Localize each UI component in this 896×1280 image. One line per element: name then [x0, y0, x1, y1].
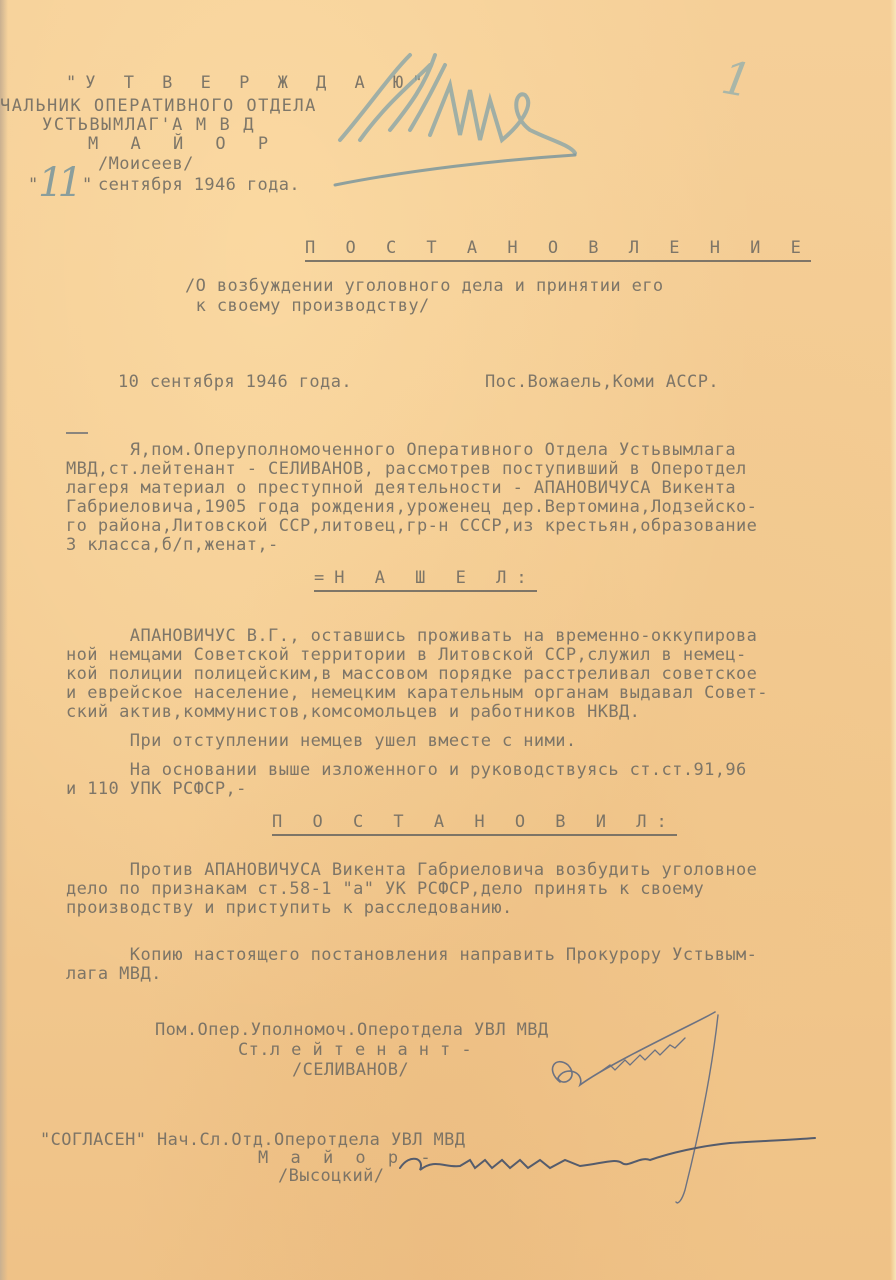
approval-position-line1: ЧАЛЬНИК ОПЕРАТИВНОГО ОТДЕЛА: [0, 96, 317, 116]
basis-line: и 110 УПК РСФСР,-: [66, 779, 247, 799]
document-subtitle-line2: к своему производству/: [185, 296, 430, 316]
copy-line: Копию настоящего постановления направить…: [66, 945, 757, 965]
document-date: 10 сентября 1946 года.: [118, 372, 352, 392]
postanovil-heading: П О С Т А Н О В И Л:: [272, 812, 677, 836]
intro-line: лагеря материал о преступной деятельност…: [66, 478, 736, 498]
margin-mark: [66, 432, 88, 434]
approval-date: сентября 1946 года.: [98, 175, 300, 195]
approval-day-handwritten: 11: [38, 160, 77, 206]
basis-line: На основании выше изложенного и руководс…: [66, 760, 747, 780]
nashel-heading: =Н А Ш Е Л:: [314, 568, 537, 592]
document-title: П О С Т А Н О В Л Е Н И Е: [305, 238, 811, 262]
resolution-line: Против АПАНОВИЧУСА Викента Габриеловича …: [66, 860, 757, 880]
findings-line: кой полиции полицейским,в массовом поряд…: [66, 664, 757, 684]
intro-line: го района,Литовской ССР,литовец,гр-н ССС…: [66, 516, 757, 536]
signer-name: /СЕЛИВАНОВ/: [292, 1060, 409, 1080]
findings-line: и еврейское население, немецким каратель…: [66, 683, 768, 703]
findings-line: АПАНОВИЧУС В.Г., оставшись проживать на …: [66, 626, 757, 646]
agreed-signature: [400, 1138, 820, 1198]
signer-position: Пом.Опер.Уполномоч.Оперотдела УВЛ МВД: [155, 1020, 549, 1040]
page-left-edge: [0, 0, 8, 1280]
resolution-line: дело по признакам ст.58-1 "а" УК РСФСР,д…: [66, 879, 704, 899]
approval-day-close-quote: ": [82, 175, 93, 195]
intro-line: МВД,ст.лейтенант - СЕЛИВАНОВ, рассмотрев…: [66, 459, 747, 479]
findings-line: ной немцами Советской территории в Литов…: [66, 645, 747, 665]
findings-line: ский актив,коммунистов,комсомольцев и ра…: [66, 702, 640, 722]
intro-line: Я,пом.Оперуполномоченного Оперативного О…: [66, 440, 736, 460]
resolution-line: производству и приступить к расследовани…: [66, 898, 513, 918]
page-right-edge: [890, 0, 896, 1280]
approval-position-line2: УСТЬВЫМЛАГ'А М В Д: [42, 115, 255, 135]
document-subtitle-line1: /О возбуждении уголовного дела и приняти…: [185, 276, 664, 296]
agreed-name: /Высоцкий/: [278, 1166, 384, 1186]
intro-line: 3 класса,б/п,женат,-: [66, 535, 279, 555]
document-place: Пос.Вожаель,Коми АССР.: [485, 372, 719, 392]
approval-name: /Моисеев/: [98, 154, 194, 174]
retreat-line: При отступлении немцев ушел вместе с ним…: [66, 731, 576, 751]
approval-rank: М А Й О Р: [88, 134, 279, 154]
signer-rank: Ст.л е й т е н а н т -: [238, 1040, 472, 1060]
approval-signature: [330, 45, 580, 195]
copy-line: лага МВД.: [66, 964, 162, 984]
intro-line: Габриеловича,1905 года рождения,уроженец…: [66, 497, 757, 517]
